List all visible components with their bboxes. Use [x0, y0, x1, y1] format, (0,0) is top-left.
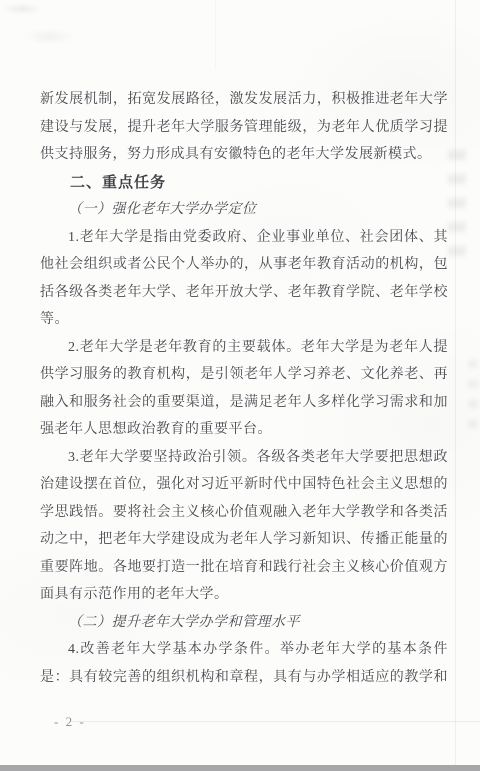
body-line: 新发展机制，拓宽发展路径，激发发展活力，积极推进老年大学	[40, 86, 448, 114]
body-line: 学思践悟。要将社会主义核心价值观融入老年大学教学和各类活	[40, 499, 448, 527]
body-line: 强老年人思想政治教育的重要平台。	[40, 416, 448, 444]
body-line: 融入和服务社会的重要渠道，是满足老年人多样化学习需求和加	[40, 389, 448, 417]
document-body: 新发展机制，拓宽发展路径，激发发展活力，积极推进老年大学 建设与发展，提升老年大…	[40, 86, 448, 691]
scanned-document-page: 新发展机制，拓宽发展路径，激发发展活力，积极推进老年大学 建设与发展，提升老年大…	[0, 0, 480, 771]
scan-smudge-artifact	[0, 2, 90, 48]
body-line: 建设与发展，提升老年大学服务管理能级，为老年人优质学习提	[40, 114, 448, 142]
body-line: 供学习服务的教育机构，是引领老年人学习养老、文化养老、再	[40, 361, 448, 389]
ink-bleed-through-artifact	[448, 150, 466, 260]
body-line: 动之中，把老年大学建设成为老年人学习新知识、传播正能量的	[40, 526, 448, 554]
body-line: 供支持服务，努力形成具有安徽特色的老年大学发展新模式。	[40, 141, 448, 169]
body-line: 面具有示范作用的老年大学。	[40, 581, 448, 609]
subsection-heading-positioning: （一）强化老年大学办学定位	[40, 196, 448, 224]
subsection-heading-management: （二）提升老年大学办学和管理水平	[40, 609, 448, 637]
body-line: 是：具有较完善的组织机构和章程，具有与办学相适应的教学和	[40, 664, 448, 692]
body-line: 2.老年大学是老年教育的主要载体。老年大学是为老年人提	[40, 334, 448, 362]
body-line: 1.老年大学是指由党委政府、企业事业单位、社会团体、其	[40, 224, 448, 252]
page-number: - 2 -	[54, 712, 86, 732]
body-line: 4.改善老年大学基本办学条件。举办老年大学的基本条件	[40, 636, 448, 664]
body-line: 他社会组织或者公民个人举办的，从事老年教育活动的机构，包	[40, 251, 448, 279]
body-line: 重要阵地。各地要打造一批在培育和践行社会主义核心价值观方	[40, 554, 448, 582]
ink-bleed-through-artifact	[468, 360, 478, 440]
section-heading-key-tasks: 二、重点任务	[40, 169, 448, 197]
body-line: 治建设摆在首位，强化对习近平新时代中国特色社会主义思想的	[40, 471, 448, 499]
body-line: 等。	[40, 306, 448, 334]
page-edge-line	[455, 0, 456, 765]
scanner-edge-bar	[0, 765, 480, 771]
body-line: 括各级各类老年大学、老年开放大学、老年教育学院、老年学校	[40, 279, 448, 307]
body-line: 3.老年大学要坚持政治引领。各级各类老年大学要把思想政	[40, 444, 448, 472]
scan-line-artifact	[70, 721, 480, 722]
fold-line-artifact	[215, 0, 216, 70]
